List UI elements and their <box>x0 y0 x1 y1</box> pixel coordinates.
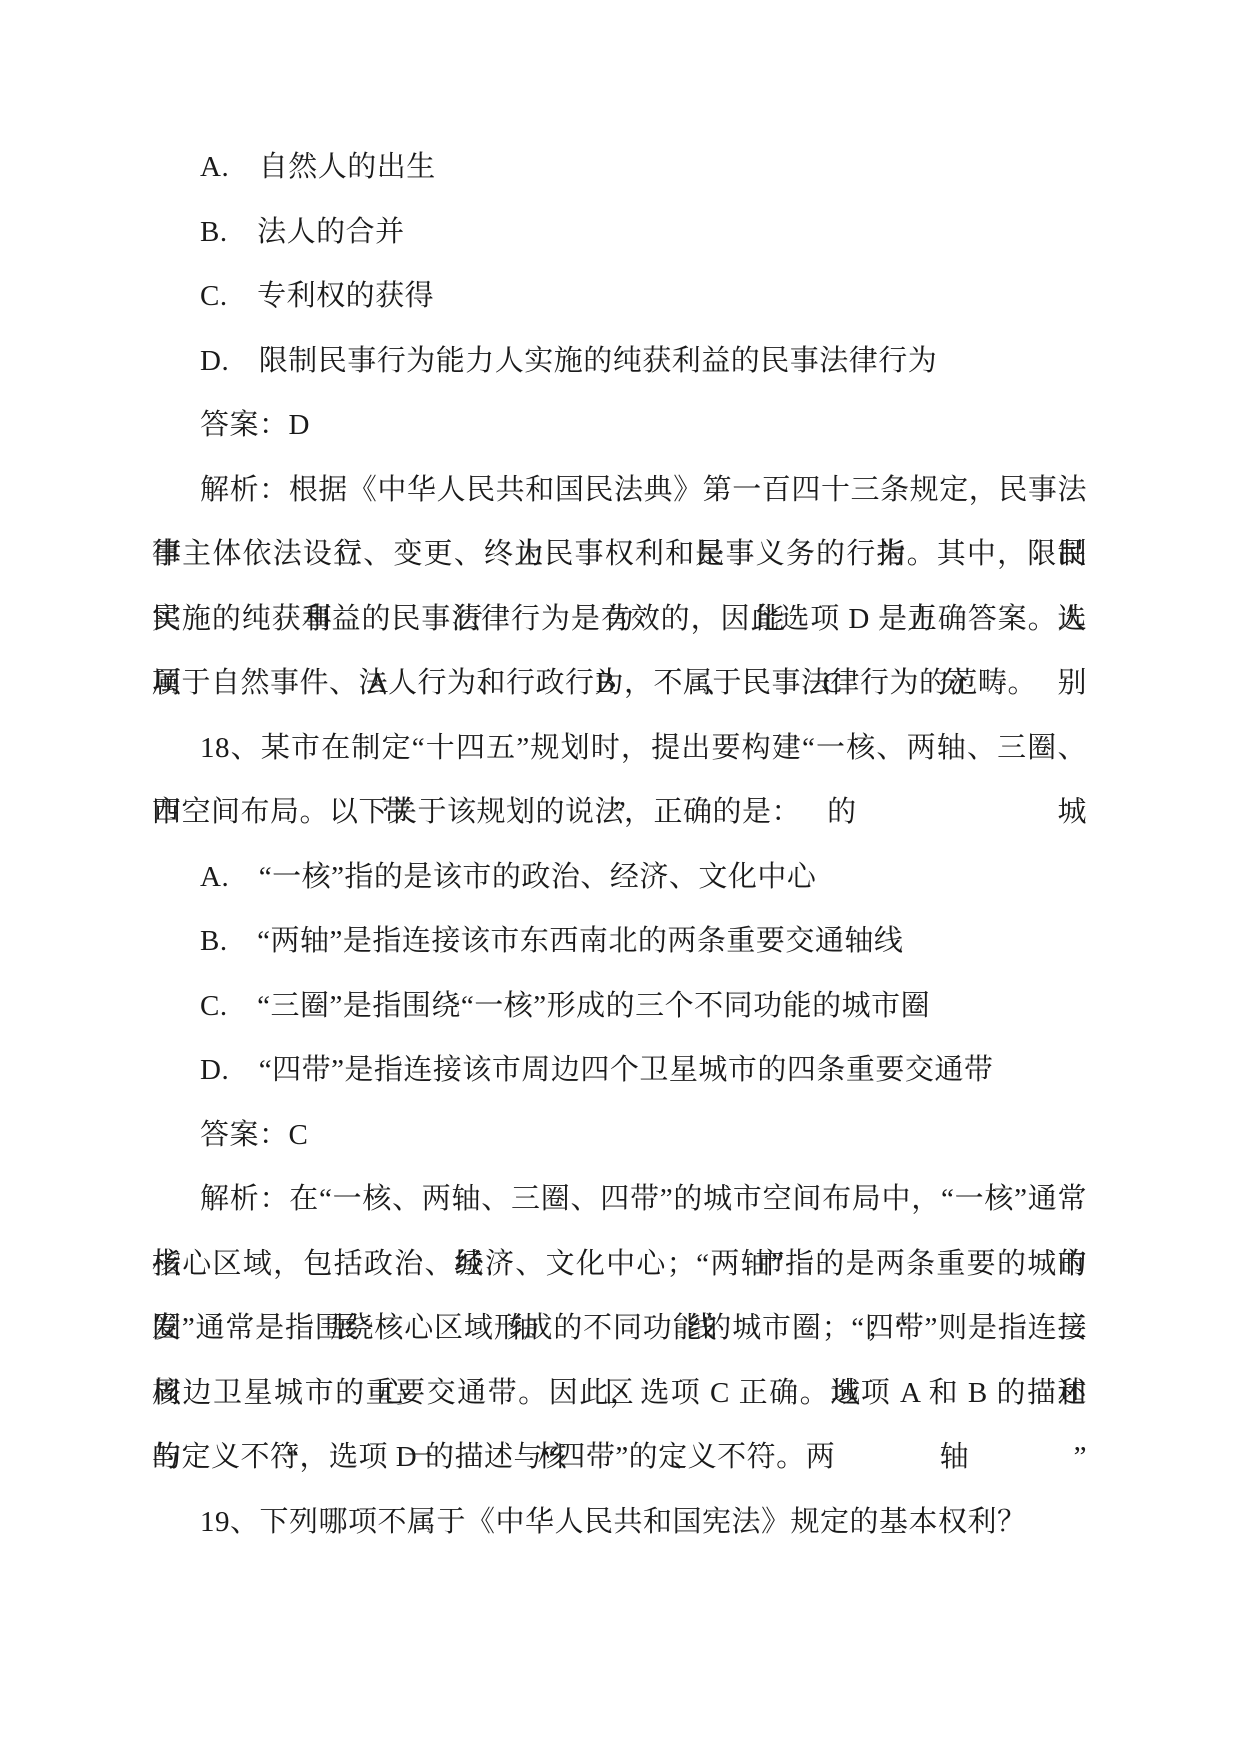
q18-option-a: A. “一核”指的是该市的政治、经济、文化中心 <box>152 845 1087 910</box>
q18-option-b: B. “两轴”是指连接该市东西南北的两条重要交通轴线 <box>152 909 1087 974</box>
q18-explanation-line-2: 核心区域，包括政治、经济、文化中心；“两轴”指的是两条重要的城市发展轴线；“三 <box>152 1232 1087 1297</box>
document-page: A. 自然人的出生B. 法人的合并C. 专利权的获得D. 限制民事行为能力人实施… <box>0 0 1241 1754</box>
q17-option-d: D. 限制民事行为能力人实施的纯获利益的民事法律行为 <box>152 329 1087 394</box>
q17-explanation-line-3: 实施的纯获利益的民事法律行为是有效的，因此选项 D 是正确答案。选项 A、B、C… <box>152 587 1087 652</box>
q17-explanation-line-4: 属于自然事件、法人行为和行政行为，不属于民事法律行为的范畴。 <box>152 651 1087 716</box>
q18-answer: 答案：C <box>152 1103 1087 1168</box>
q18-explanation-line-1: 解析：在“一核、两轴、三圈、四带”的城市空间布局中，“一核”通常指城市的 <box>152 1167 1087 1232</box>
document-body: A. 自然人的出生B. 法人的合并C. 专利权的获得D. 限制民事行为能力人实施… <box>152 135 1087 1554</box>
q18-option-d: D. “四带”是指连接该市周边四个卫星城市的四条重要交通带 <box>152 1038 1087 1103</box>
q17-option-b: B. 法人的合并 <box>152 200 1087 265</box>
q18-explanation-line-4: 周边卫星城市的重要交通带。因此，选项 C 正确。选项 A 和 B 的描述与“一核… <box>152 1361 1087 1426</box>
q19-stem-line-1: 19、下列哪项不属于《中华人民共和国宪法》规定的基本权利？ <box>152 1490 1087 1555</box>
q17-answer: 答案：D <box>152 393 1087 458</box>
q17-option-a: A. 自然人的出生 <box>152 135 1087 200</box>
q18-explanation-line-3: 圈”通常是指围绕核心区域形成的不同功能的城市圈；“四带”则是指连接核心区域和 <box>152 1296 1087 1361</box>
q17-explanation-line-2: 事主体依法设立、变更、终止民事权利和民事义务的行为。其中，限制民事行为能力人 <box>152 522 1087 587</box>
q18-option-c: C. “三圈”是指围绕“一核”形成的三个不同功能的城市圈 <box>152 974 1087 1039</box>
q17-explanation-line-1: 解析：根据《中华人民共和国民法典》第一百四十三条规定，民事法律行为是指民 <box>152 458 1087 523</box>
q17-option-c: C. 专利权的获得 <box>152 264 1087 329</box>
q18-stem-line-1: 18、某市在制定“十四五”规划时，提出要构建“一核、两轴、三圈、四带”的城 <box>152 716 1087 781</box>
